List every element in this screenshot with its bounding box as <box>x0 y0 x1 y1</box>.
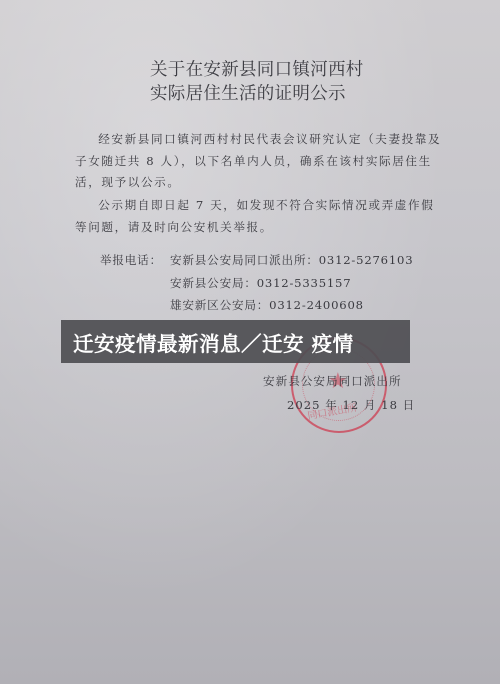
report-label: 举报电话： <box>100 249 162 272</box>
report-item-anxin: 安新县公安局：0312-5335157 <box>170 272 351 295</box>
report-item-xiongan: 雄安新区公安局：0312-2400608 <box>170 294 364 317</box>
title-line-2: 实际居住生活的证明公示 <box>150 82 410 106</box>
paragraph-publicity-period: 公示期自即日起 7 天，如发现不符合实际情况或弄虚作假等问题，请及时向公安机关举… <box>75 195 447 238</box>
paragraph-certification: 经安新县同口镇河西村村民代表会议研究认定（夫妻投靠及子女随迁共 8 人），以下名… <box>75 129 447 194</box>
signature-date: 2025 年 12 月 18 日 <box>263 393 415 417</box>
title-line-1: 关于在安新县同口镇河西村 <box>150 58 410 82</box>
report-item-tongkou: 安新县公安局同口派出所：0312-5276103 <box>170 249 413 272</box>
headline-text: 迁安疫情最新消息／迁安 疫情 <box>73 327 354 357</box>
signature-block: 安新县公安局同口派出所 2025 年 12 月 18 日 <box>263 369 415 417</box>
document-title: 关于在安新县同口镇河西村 实际居住生活的证明公示 <box>150 58 410 106</box>
document-photo: 关于在安新县同口镇河西村 实际居住生活的证明公示 经安新县同口镇河西村村民代表会… <box>0 0 500 684</box>
signature-organization: 安新县公安局同口派出所 <box>263 369 415 393</box>
headline-overlay-banner: 迁安疫情最新消息／迁安 疫情 <box>61 320 410 363</box>
